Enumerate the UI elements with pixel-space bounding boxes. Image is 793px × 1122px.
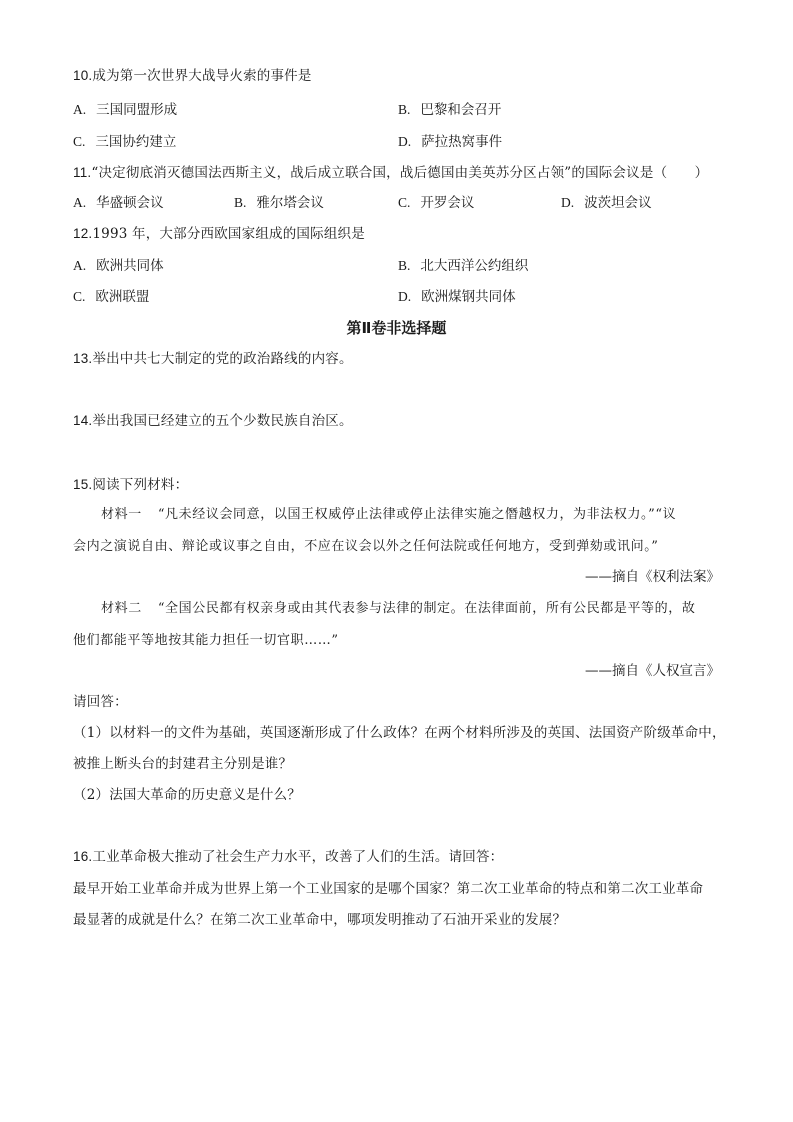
- question-10-stem: 10.成为第一次世界大战导火索的事件是: [73, 67, 312, 85]
- q12-option-a: A.欧洲共同体: [73, 257, 164, 275]
- material-label: 材料一: [101, 507, 142, 522]
- question-number: 10.: [73, 68, 92, 83]
- question-12-stem: 12.1993 年，大部分西欧国家组成的国际组织是: [73, 225, 365, 243]
- q11-option-a: A.华盛顿会议: [73, 194, 164, 212]
- section-title: 第Ⅱ卷非选择题: [0, 318, 793, 338]
- q15-prompt: 请回答：: [73, 693, 128, 711]
- q12-option-d: D.欧洲煤钢共同体: [398, 288, 516, 306]
- material-2-line-1: 材料二“全国公民都有权亲身或由其代表参与法律的制定。在法律面前，所有公民都是平等…: [101, 600, 695, 618]
- question-16-stem: 16.工业革命极大推动了社会生产力水平，改善了人们的生活。请回答：: [73, 848, 503, 866]
- question-text: 举出我国已经建立的五个少数民族自治区。: [92, 413, 352, 429]
- question-number: 15.: [73, 477, 92, 492]
- q15-sub1-line1: （1）以材料一的文件为基础，英国逐渐形成了什么政体？在两个材料所涉及的英国、法国…: [73, 724, 726, 742]
- material-1-line-1: 材料一“凡未经议会同意，以国王权威停止法律或停止法律实施之僭越权力，为非法权力。…: [101, 506, 676, 524]
- question-number: 14.: [73, 413, 92, 428]
- q15-sub1-line2: 被推上断头台的封建君主分别是谁？: [73, 755, 292, 773]
- q10-option-b: B.巴黎和会召开: [398, 101, 501, 119]
- q10-option-c: C.三国协约建立: [73, 133, 176, 151]
- question-14: 14.举出我国已经建立的五个少数民族自治区。: [73, 412, 353, 430]
- question-text: 举出中共七大制定的党的政治路线的内容。: [92, 351, 352, 367]
- question-15-stem: 15.阅读下列材料：: [73, 476, 188, 494]
- material-1-source: ——摘自《权利法案》: [585, 568, 720, 586]
- q10-option-a: A.三国同盟形成: [73, 101, 177, 119]
- question-number: 11.: [73, 165, 91, 180]
- q12-option-b: B.北大西洋公约组织: [398, 257, 528, 275]
- question-text: 工业革命极大推动了社会生产力水平，改善了人们的生活。请回答：: [92, 849, 503, 865]
- q16-line1: 最早开始工业革命并成为世界上第一个工业国家的是哪个国家？第二次工业革命的特点和第…: [73, 880, 703, 898]
- question-number: 12.: [73, 226, 92, 241]
- question-13: 13.举出中共七大制定的党的政治路线的内容。: [73, 350, 353, 368]
- material-1-line-2: 会内之演说自由、辩论或议事之自由，不应在议会以外之任何法院或任何地方，受到弹劾或…: [73, 538, 659, 556]
- q11-option-d: D.波茨坦会议: [561, 194, 652, 212]
- q10-option-d: D.萨拉热窝事件: [398, 133, 502, 151]
- material-2-line-2: 他们都能平等地按其能力担任一切官职……”: [73, 632, 339, 650]
- question-text: 1993 年，大部分西欧国家组成的国际组织是: [92, 226, 365, 242]
- question-text: “决定彻底消灭德国法西斯主义，战后成立联合国，战后德国由美英苏分区占领”的国际会…: [91, 165, 708, 181]
- question-text: 阅读下列材料：: [92, 477, 188, 493]
- q12-option-c: C.欧洲联盟: [73, 288, 149, 306]
- question-number: 16.: [73, 849, 92, 864]
- q16-line2: 最显著的成就是什么？在第二次工业革命中，哪项发明推动了石油开采业的发展？: [73, 911, 566, 929]
- q11-option-b: B.雅尔塔会议: [234, 194, 324, 212]
- question-11-stem: 11.“决定彻底消灭德国法西斯主义，战后成立联合国，战后德国由美英苏分区占领”的…: [73, 164, 708, 182]
- question-number: 13.: [73, 351, 92, 366]
- material-label: 材料二: [101, 601, 142, 616]
- q15-sub2: （2）法国大革命的历史意义是什么？: [73, 786, 301, 804]
- q11-option-c: C.开罗会议: [398, 194, 474, 212]
- question-text: 成为第一次世界大战导火索的事件是: [92, 68, 311, 84]
- material-2-source: ——摘自《人权宣言》: [585, 662, 720, 680]
